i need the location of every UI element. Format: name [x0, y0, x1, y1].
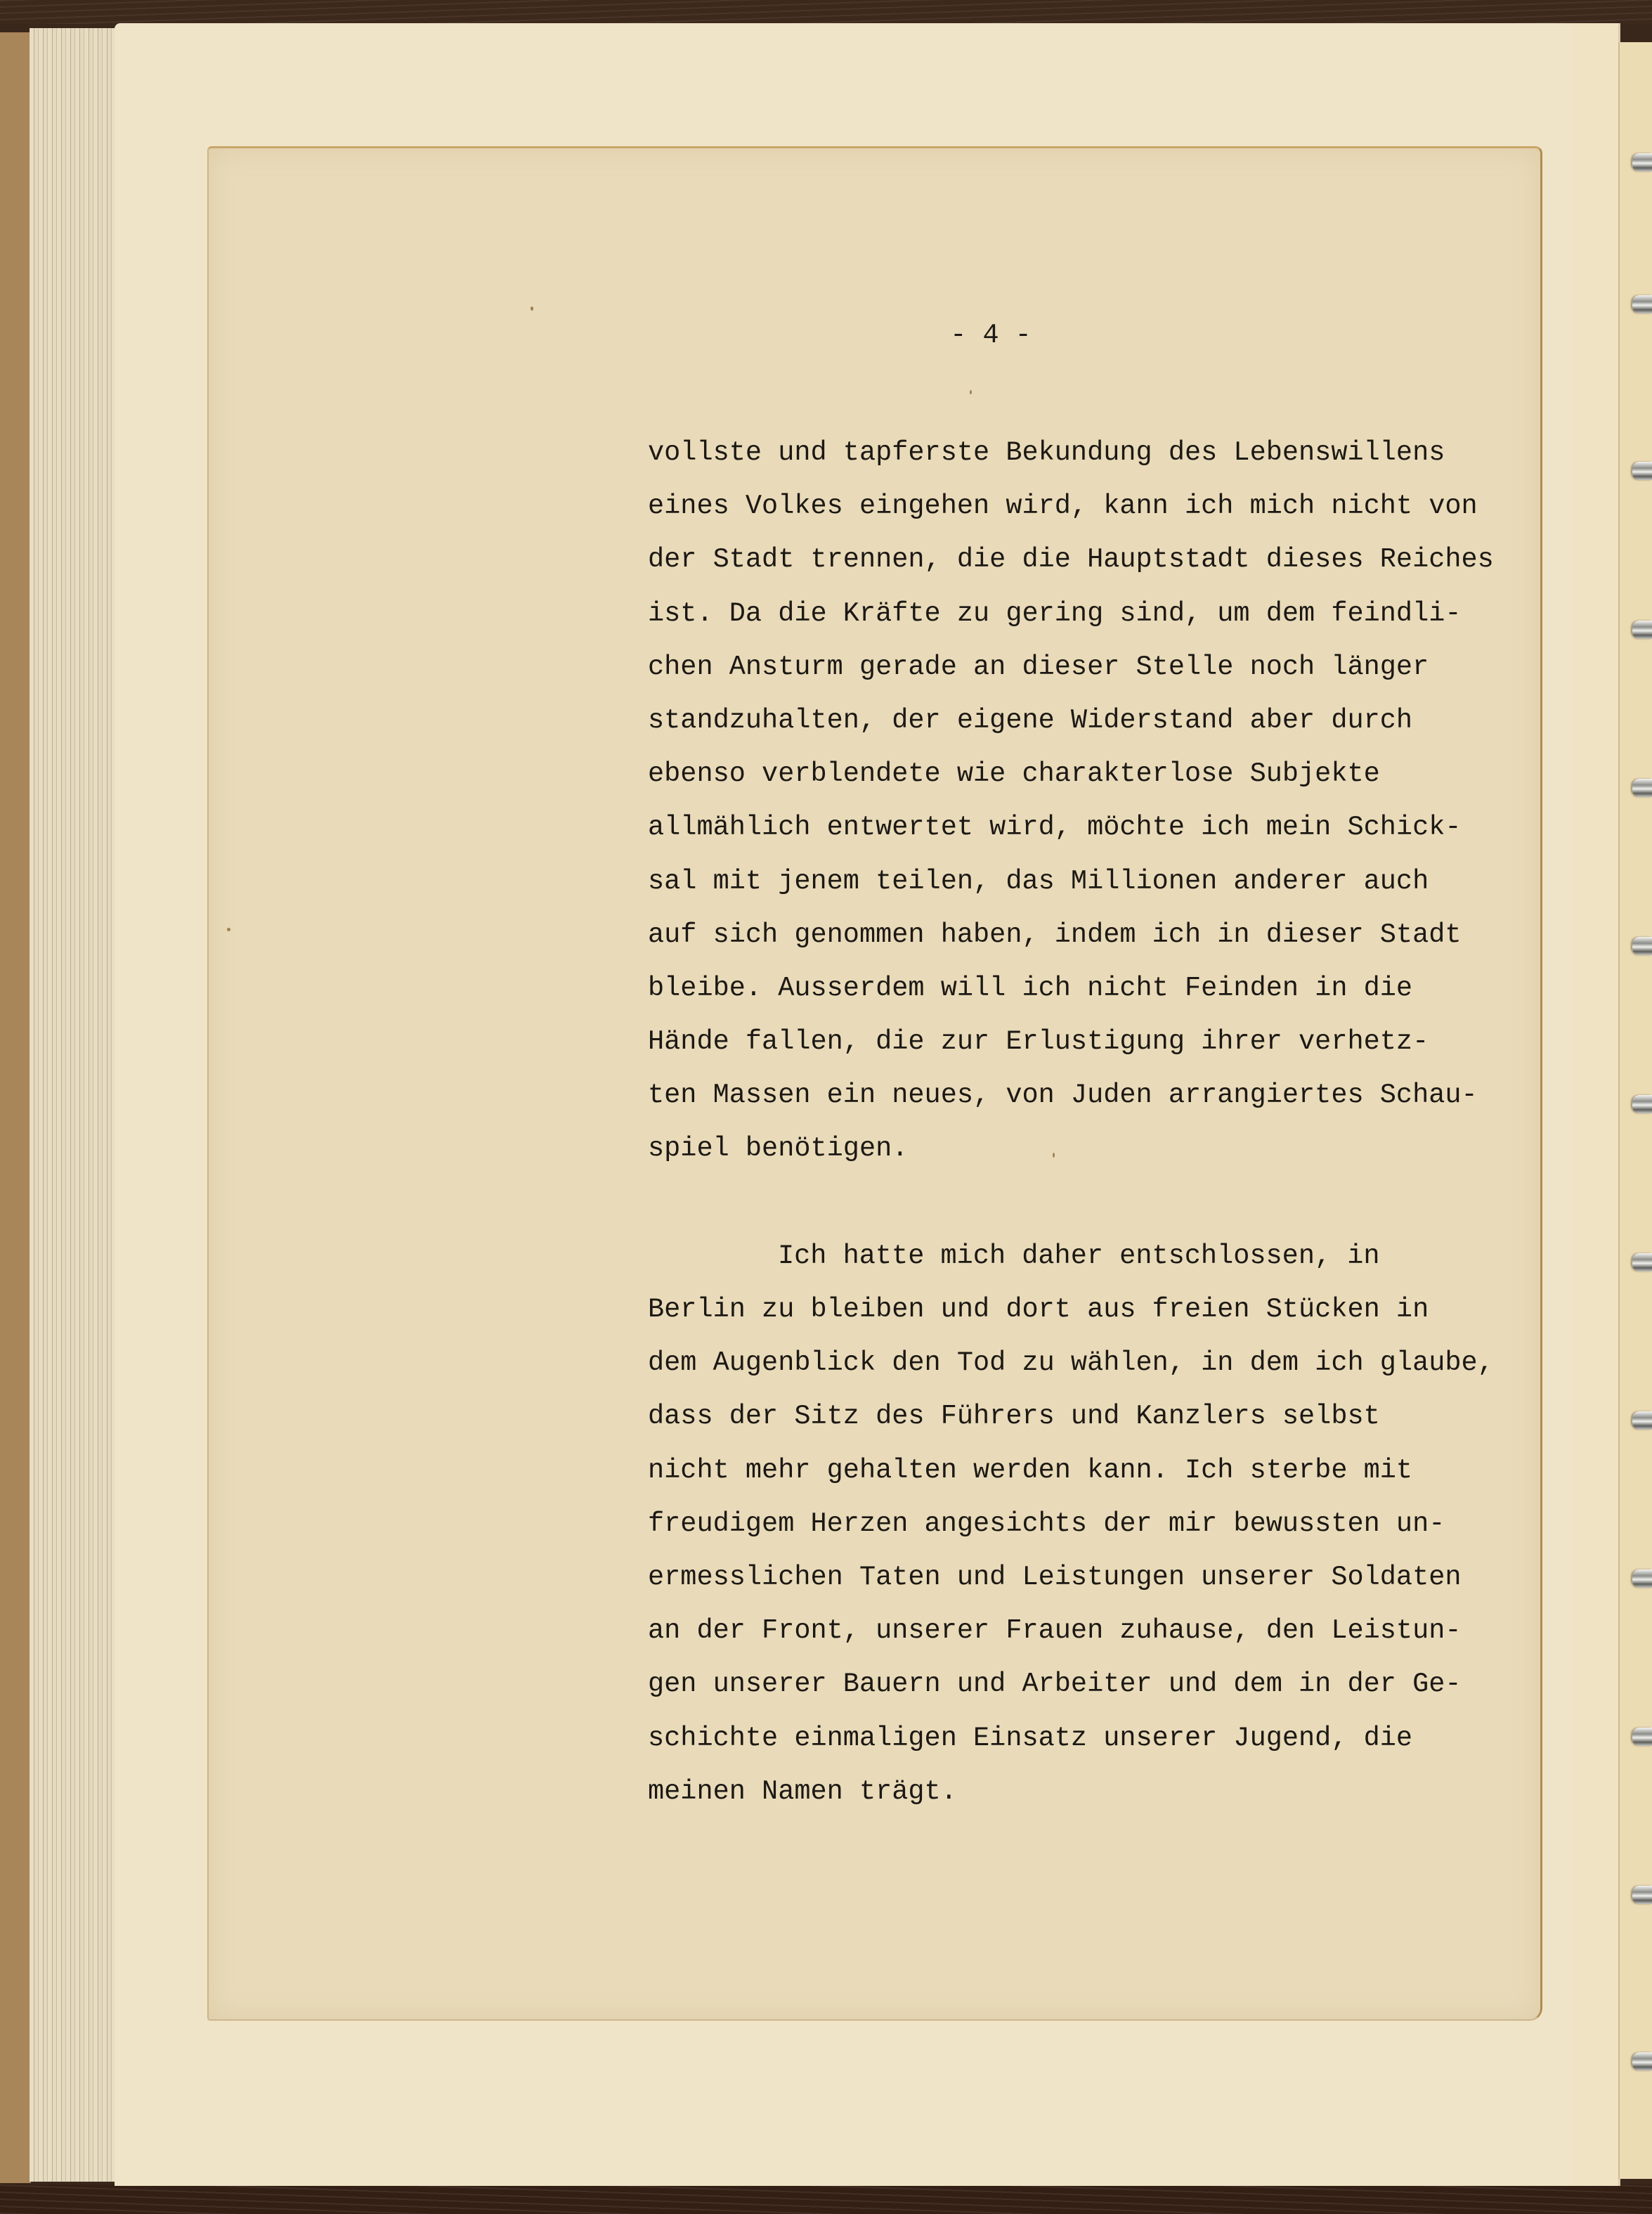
binder-ring-icon — [1632, 295, 1652, 313]
binder-ring-icon — [1632, 1095, 1652, 1113]
text-line: chen Ansturm gerade an dieser Stelle noc… — [648, 640, 1547, 694]
binder-ring-icon — [1632, 153, 1652, 171]
page-number: - 4 - — [906, 318, 1075, 353]
text-line: eines Volkes eingehen wird, kann ich mic… — [648, 479, 1547, 533]
text-line-indented: Ich hatte mich daher entschlossen, in — [648, 1229, 1547, 1283]
binder-ring-icon — [1632, 1569, 1652, 1588]
text-line: meinen Namen trägt. — [648, 1765, 1547, 1818]
binder-ring-icon — [1632, 2052, 1652, 2071]
text-line: dem Augenblick den Tod zu wählen, in dem… — [648, 1336, 1547, 1390]
text-line: Hände fallen, die zur Erlustigung ihrer … — [648, 1015, 1547, 1068]
paper-speck — [531, 306, 533, 311]
text-line: standzuhalten, der eigene Widerstand abe… — [648, 694, 1547, 747]
text-line: schichte einmaligen Einsatz unserer Juge… — [648, 1711, 1547, 1765]
leather-binding-top — [0, 0, 1652, 24]
text-line: vollste und tapferste Bekundung des Lebe… — [648, 426, 1547, 479]
paper-speck — [227, 928, 230, 931]
text-line: Berlin zu bleiben und dort aus freien St… — [648, 1283, 1547, 1336]
binder-ring-icon — [1632, 1886, 1652, 1904]
book-cover-edge — [0, 32, 31, 2183]
paragraph-1: vollste und tapferste Bekundung des Lebe… — [648, 426, 1547, 1176]
text-line: ebenso verblendete wie charakterlose Sub… — [648, 747, 1547, 801]
binder-ring-icon — [1632, 1728, 1652, 1746]
paragraph-gap — [648, 1176, 1547, 1229]
text-line: nicht mehr gehalten werden kann. Ich ste… — [648, 1444, 1547, 1497]
text-line: an der Front, unserer Frauen zuhause, de… — [648, 1604, 1547, 1657]
text-line: ist. Da die Kräfte zu gering sind, um de… — [648, 587, 1547, 640]
leather-binding-bottom — [0, 2184, 1652, 2214]
typed-text-body: vollste und tapferste Bekundung des Lebe… — [648, 426, 1547, 1818]
paragraph-2: Ich hatte mich daher entschlossen, in Be… — [648, 1229, 1547, 1818]
text-line: dass der Sitz des Führers und Kanzlers s… — [648, 1390, 1547, 1443]
binder-ring-icon — [1632, 621, 1652, 639]
text-line: ermesslichen Taten und Leistungen unsere… — [648, 1551, 1547, 1604]
binder-ring-icon — [1632, 1411, 1652, 1430]
text-line: der Stadt trennen, die die Hauptstadt di… — [648, 533, 1547, 586]
text-line: allmählich entwertet wird, möchte ich me… — [648, 801, 1547, 854]
text-line: auf sich genommen haben, indem ich in di… — [648, 908, 1547, 962]
binder-ring-icon — [1632, 779, 1652, 797]
text-line: gen unserer Bauern und Arbeiter und dem … — [648, 1657, 1547, 1711]
text-line: bleibe. Ausserdem will ich nicht Feinden… — [648, 962, 1547, 1015]
binder-ring-icon — [1632, 1253, 1652, 1271]
text-line: spiel benötigen. — [648, 1122, 1547, 1175]
text-line: sal mit jenem teilen, das Millionen ande… — [648, 855, 1547, 908]
album-leaf-hinge-strip — [1574, 23, 1620, 2186]
binder-ring-icon — [1632, 462, 1652, 480]
page-stack-edges — [30, 28, 116, 2182]
binder-ring-icon — [1632, 937, 1652, 955]
paper-speck — [970, 390, 972, 394]
text-line: freudigem Herzen angesichts der mir bewu… — [648, 1497, 1547, 1551]
text-line: ten Massen ein neues, von Juden arrangie… — [648, 1068, 1547, 1122]
